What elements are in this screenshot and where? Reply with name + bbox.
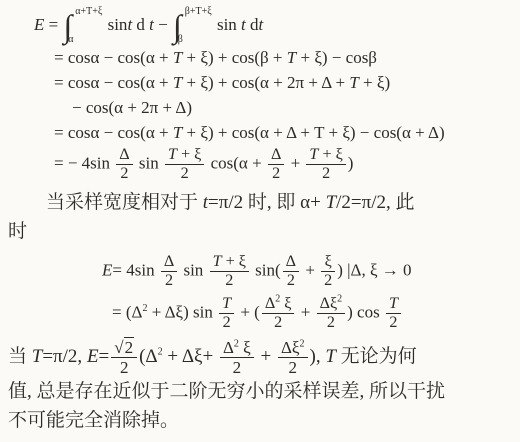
equation-line-step4: = cosα − cos(α + T + ξ) + cos(α + Δ + T …	[54, 121, 512, 145]
equation-line-step3-continued: − cos(α + 2π + Δ)	[72, 96, 512, 120]
equation-line-step3: = cosα − cos(α + T + ξ) + cos(α + 2π + Δ…	[54, 71, 512, 95]
equation-line-step5: = − 4sin Δ2 sin T + ξ2 cos(α + Δ2 + T + …	[54, 146, 512, 183]
equation-line-step2: = cosα − cos(α + T + ξ) + cos(β + T + ξ)…	[54, 46, 512, 70]
equation-line-limit-form: E= 4sin Δ2 sin T + ξ2 sin(Δ2 + ξ2) |Δ, ξ…	[102, 253, 512, 290]
paragraph-sampling-width: 当采样宽度相对于 t=π/2 时, 即 α+ T/2=π/2, 此时	[8, 188, 512, 246]
equation-line-second-order: = (Δ2 + Δξ) sin T2 + (Δ2 ξ2 + Δξ22) cos …	[112, 295, 512, 332]
paragraph-conclusion: 当 T=π/2, E=√22(Δ2 + Δξ+ Δ2 ξ2 + Δξ22), T…	[8, 338, 512, 435]
scanned-page: E = ∫α+T+ξα sint d t − ∫β+T+ξβ sin t dt …	[0, 0, 520, 442]
equation-line-integral: E = ∫α+T+ξα sint d t − ∫β+T+ξβ sin t dt	[34, 7, 512, 45]
